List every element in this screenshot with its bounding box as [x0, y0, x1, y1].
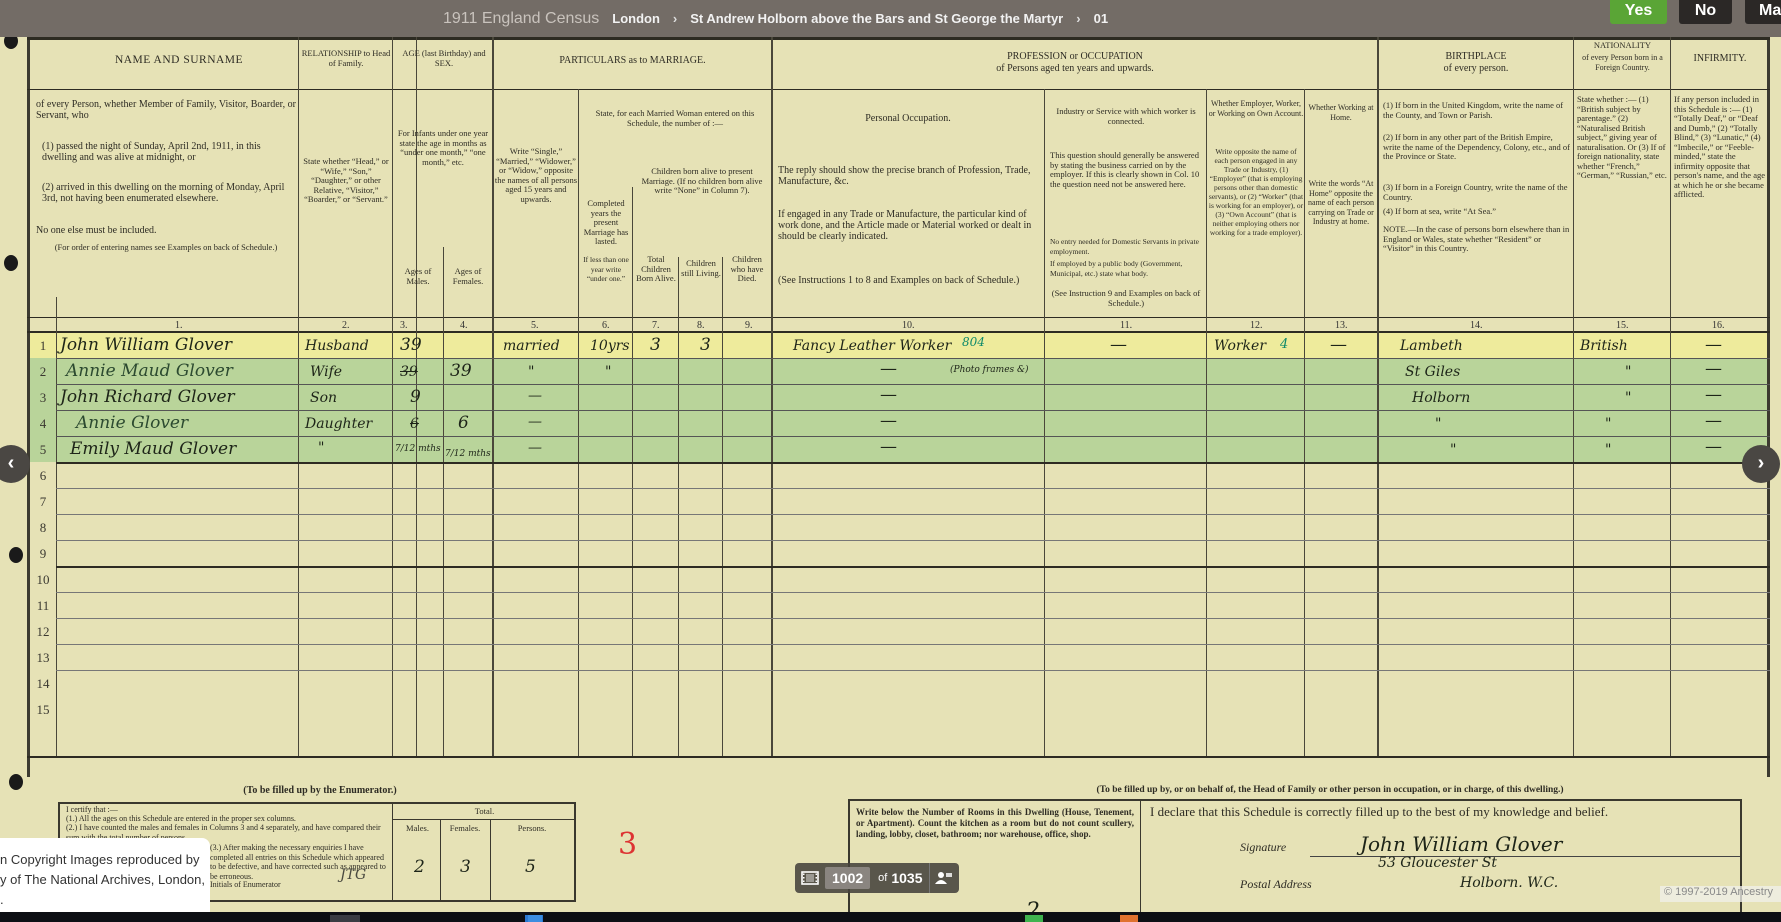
- marital-status: —: [528, 388, 542, 404]
- declaration: I declare that this Schedule is correctl…: [1150, 806, 1740, 817]
- relationship: Wife: [310, 364, 342, 380]
- header-industry-desc-4: (See Instruction 9 and Examples on back …: [1050, 289, 1202, 308]
- marital-status: ": [528, 364, 534, 380]
- people-icon: [935, 871, 953, 885]
- column-number: 9.: [745, 320, 753, 331]
- taskbar-item[interactable]: [1120, 915, 1138, 922]
- header-at-home: Whether Working at Home.: [1306, 103, 1376, 122]
- age-female: 6: [458, 413, 469, 433]
- total-label: Total.: [393, 807, 576, 817]
- breadcrumb-separator: ›: [673, 11, 677, 26]
- header-age: AGE (last Birthday) and SEX.: [396, 49, 492, 68]
- header-relationship-desc: State whether “Head,” or “Wife,” “Son,” …: [302, 157, 390, 205]
- header-employer-desc: Write opposite the name of each person e…: [1208, 147, 1304, 237]
- years-married: ": [605, 364, 611, 380]
- header-children-died: Children who have Died.: [724, 255, 770, 284]
- header-age-desc: For Infants under one year state the age…: [394, 129, 492, 167]
- column-number: 2.: [342, 320, 350, 331]
- header-industry: Industry or Service with which worker is…: [1046, 107, 1206, 126]
- total-males: 2: [414, 857, 425, 877]
- signature: John William Glover: [1360, 832, 1562, 856]
- head-title: (To be filled up by, or on behalf of, th…: [920, 785, 1740, 796]
- header-name-desc-3: (2) arrived in this dwelling on the morn…: [42, 182, 296, 204]
- row-number: 4: [32, 416, 54, 432]
- nationality: ": [1625, 364, 1631, 380]
- os-taskbar: [0, 912, 1781, 922]
- row-number: 11: [32, 598, 54, 614]
- top-bar: 1911 England Census London › St Andrew H…: [0, 0, 1781, 37]
- enumerator-title: (To be filled up by the Enumerator.): [190, 785, 450, 796]
- age-female: 7/12 mths: [445, 449, 491, 459]
- birthplace: Holborn: [1412, 390, 1470, 406]
- row-number: 15: [32, 702, 54, 718]
- header-married-woman: State, for each Married Woman entered on…: [580, 109, 770, 128]
- header-industry-desc-1: This question should generally be answer…: [1050, 151, 1202, 189]
- header-industry-desc-2: No entry needed for Domestic Servants in…: [1050, 237, 1202, 256]
- taskbar-item[interactable]: [528, 915, 542, 922]
- infirmity: —: [1705, 437, 1722, 457]
- rooms-label: Write below the Number of Rooms in this …: [856, 807, 1134, 840]
- column-number: 8.: [697, 320, 705, 331]
- column-number: 10.: [902, 320, 915, 331]
- nationality: British: [1580, 338, 1628, 354]
- person-name: John Richard Glover: [60, 387, 235, 407]
- birthplace: ": [1450, 442, 1456, 458]
- column-number: 4.: [460, 320, 468, 331]
- header-industry-desc-3: If employed by a public body (Government…: [1050, 259, 1202, 278]
- postal-address-label: Postal Address: [1240, 879, 1340, 890]
- nationality: ": [1605, 416, 1611, 432]
- header-birthplace-desc-2: (2) If born in any other part of the Bri…: [1383, 133, 1571, 162]
- infirmity: —: [1705, 385, 1722, 405]
- next-image-button[interactable]: ›: [1742, 445, 1780, 483]
- occupation: Fancy Leather Worker: [793, 338, 951, 354]
- ancestry-copyright: © 1997-2019 Ancestry: [1660, 886, 1781, 902]
- total-pages: 1035: [891, 870, 928, 886]
- header-occupation-desc-2: If engaged in any Trade or Manufacture, …: [778, 209, 1040, 242]
- red-tally-mark: 3: [618, 827, 637, 862]
- breadcrumb-county[interactable]: London: [612, 11, 660, 26]
- header-name-desc-1: of every Person, whether Member of Famil…: [36, 99, 296, 121]
- column-number: 13.: [1335, 320, 1348, 331]
- header-name: NAME AND SURNAME: [60, 54, 298, 66]
- filmstrip-icon: [801, 871, 819, 885]
- census-image[interactable]: NAME AND SURNAME of every Person, whethe…: [0, 37, 1781, 915]
- header-completed-years: Completed years the present Marriage has…: [580, 199, 632, 247]
- header-name-desc-5: (For order of entering names see Example…: [36, 243, 296, 253]
- column-number: 7.: [652, 320, 660, 331]
- column-number: 16.: [1712, 320, 1725, 331]
- header-total-children: Total Children Born Alive.: [634, 255, 678, 284]
- age-male: 9: [410, 387, 421, 407]
- infirmity: —: [1705, 335, 1722, 355]
- children-born: 3: [650, 335, 661, 355]
- occupation: —: [880, 411, 897, 431]
- header-nationality-desc: State whether :— (1) “British subject by…: [1577, 95, 1668, 181]
- column-number: 12.: [1250, 320, 1263, 331]
- header-birthplace: BIRTHPLACE: [1379, 51, 1573, 62]
- header-occupation-desc-3: (See Instructions 1 to 8 and Examples on…: [778, 275, 1040, 286]
- age-male: 39: [400, 335, 422, 355]
- column-number: 15.: [1616, 320, 1629, 331]
- header-nationality-sub: of every Person born in a Foreign Countr…: [1575, 53, 1670, 72]
- nationality: ": [1605, 442, 1611, 458]
- taskbar-item[interactable]: [1025, 915, 1043, 922]
- chevron-left-icon: ‹: [8, 452, 15, 474]
- total-persons: 5: [525, 857, 536, 877]
- punch-hole: [9, 774, 23, 790]
- industry: —: [1110, 335, 1127, 355]
- header-nationality: NATIONALITY: [1575, 41, 1670, 51]
- marital-status: married: [503, 338, 560, 354]
- occupation: —: [880, 437, 897, 457]
- row-number: 8: [32, 520, 54, 536]
- row-number: 6: [32, 468, 54, 484]
- header-completed-years-note: If less than one year write “under one.”: [580, 255, 632, 284]
- header-marriage-write: Write “Single,” “Married,” “Widower,” or…: [494, 147, 578, 204]
- header-children-born: Children born alive to present Marriage.…: [634, 167, 770, 196]
- postal-address-line-1: 53 Gloucester St: [1378, 855, 1497, 871]
- occupation: —: [880, 359, 897, 379]
- header-children-living: Children still Living.: [680, 259, 722, 278]
- breadcrumb-separator: ›: [1076, 11, 1080, 26]
- column-number: 14.: [1470, 320, 1483, 331]
- header-personal-occupation: Personal Occupation.: [773, 113, 1043, 124]
- copyright-notice: n Copyright Images reproduced by y of Th…: [0, 838, 210, 912]
- row-number: 10: [32, 572, 54, 588]
- row-number: 5: [32, 442, 54, 458]
- copyright-line-3: .: [0, 890, 210, 910]
- copyright-line-2: y of The National Archives, London,: [0, 870, 210, 890]
- row-number: 3: [32, 390, 54, 406]
- row-number: 9: [32, 546, 54, 562]
- collection-title[interactable]: 1911 England Census: [443, 10, 599, 28]
- row-number: 1: [32, 338, 54, 354]
- taskbar-item[interactable]: [330, 915, 360, 922]
- header-occupation-desc-1: The reply should show the precise branch…: [778, 165, 1040, 187]
- header-birthplace-desc-4: (4) If born at sea, write “At Sea.”: [1383, 207, 1571, 217]
- row-number: 14: [32, 676, 54, 692]
- of-label: of: [870, 872, 891, 884]
- header-birthplace-desc-5: NOTE.—In the case of persons born elsewh…: [1383, 225, 1571, 254]
- females-label: Females.: [440, 824, 490, 834]
- header-relationship: RELATIONSHIP to Head of Family.: [300, 49, 392, 68]
- header-employer: Whether Employer, Worker, or Working on …: [1208, 99, 1304, 118]
- maybe-button[interactable]: Ma: [1745, 0, 1781, 24]
- punch-hole: [9, 547, 23, 563]
- birthplace: St Giles: [1405, 364, 1460, 380]
- marital-status: —: [528, 414, 542, 430]
- header-at-home-desc: Write the words “At Home” opposite the n…: [1306, 179, 1376, 227]
- employment-status: Worker: [1214, 338, 1266, 354]
- total-females: 3: [460, 857, 471, 877]
- header-infirmity-desc: If any person included in this Schedule …: [1674, 95, 1766, 200]
- header-name-desc-4: No one else must be included.: [36, 225, 296, 236]
- relationship: ": [318, 440, 324, 456]
- row-number: 13: [32, 650, 54, 666]
- row-number: 7: [32, 494, 54, 510]
- birthplace: Lambeth: [1400, 338, 1463, 354]
- occupation-code: 804: [962, 335, 985, 349]
- copyright-line-1: n Copyright Images reproduced by: [0, 850, 210, 870]
- employment-code: 4: [1280, 337, 1288, 352]
- header-name-desc-2: (1) passed the night of Sunday, April 2n…: [42, 141, 296, 163]
- person-name: Annie Maud Glover: [66, 361, 233, 381]
- column-number: 3.: [400, 320, 408, 331]
- chevron-right-icon: ›: [1758, 452, 1765, 474]
- person-name: Emily Maud Glover: [70, 439, 236, 459]
- breadcrumb: 1911 England Census London › St Andrew H…: [443, 10, 1108, 28]
- occupation-note: (Photo frames &): [950, 365, 1029, 375]
- infirmity: —: [1705, 411, 1722, 431]
- marital-status: —: [528, 440, 542, 456]
- age-female: 39: [450, 361, 472, 381]
- column-number: 5.: [531, 320, 539, 331]
- header-birthplace-sub: of every person.: [1379, 63, 1573, 74]
- birthplace: ": [1435, 416, 1441, 432]
- children-living: 3: [700, 335, 711, 355]
- age-male-struck: 39: [400, 364, 418, 380]
- header-ages-females: Ages of Females.: [444, 267, 492, 286]
- working-at-home: —: [1330, 335, 1347, 355]
- column-number: 11.: [1120, 320, 1132, 331]
- image-pager: 1002 of 1035: [795, 863, 959, 893]
- infirmity: —: [1705, 359, 1722, 379]
- nationality: ": [1625, 390, 1631, 406]
- index-panel-button[interactable]: [929, 863, 959, 893]
- age-male: 7/12 mths: [395, 444, 441, 454]
- header-birthplace-desc-3: (3) If born in a Foreign Country, write …: [1383, 183, 1571, 202]
- males-label: Males.: [395, 824, 440, 834]
- current-page-input[interactable]: 1002: [825, 867, 870, 889]
- row-number: 12: [32, 624, 54, 640]
- relationship: Husband: [305, 338, 369, 354]
- column-number: 1.: [175, 320, 183, 331]
- header-marriage: PARTICULARS as to MARRIAGE.: [494, 55, 771, 66]
- breadcrumb-district[interactable]: 01: [1094, 11, 1108, 26]
- person-name: John William Glover: [60, 335, 232, 355]
- header-birthplace-desc-1: (1) If born in the United Kingdom, write…: [1383, 101, 1571, 120]
- person-name: Annie Glover: [76, 413, 188, 433]
- relationship: Son: [310, 390, 337, 406]
- punch-hole: [4, 37, 18, 49]
- yes-button[interactable]: Yes: [1610, 0, 1667, 24]
- column-number: 6.: [602, 320, 610, 331]
- header-infirmity: INFIRMITY.: [1672, 53, 1768, 64]
- header-ages-males: Ages of Males.: [394, 267, 442, 286]
- no-button[interactable]: No: [1679, 0, 1732, 24]
- header-profession-sub: of Persons aged ten years and upwards.: [773, 63, 1377, 74]
- enumerator-initials: JTG: [340, 867, 366, 883]
- row-number: 2: [32, 364, 54, 380]
- filmstrip-button[interactable]: [795, 863, 825, 893]
- enumerator-initials-label: Initials of Enumerator: [210, 880, 310, 890]
- signature-label: Signature: [1240, 842, 1330, 853]
- postal-address-line-2: Holborn. W.C.: [1460, 875, 1558, 891]
- occupation: —: [880, 385, 897, 405]
- age-male-struck: 6: [410, 416, 419, 432]
- years-married: 10yrs: [590, 338, 630, 354]
- persons-label: Persons.: [492, 824, 572, 834]
- breadcrumb-parish[interactable]: St Andrew Holborn above the Bars and St …: [690, 11, 1063, 26]
- header-profession: PROFESSION or OCCUPATION: [773, 51, 1377, 62]
- punch-hole: [4, 255, 18, 271]
- relationship: Daughter: [305, 416, 372, 432]
